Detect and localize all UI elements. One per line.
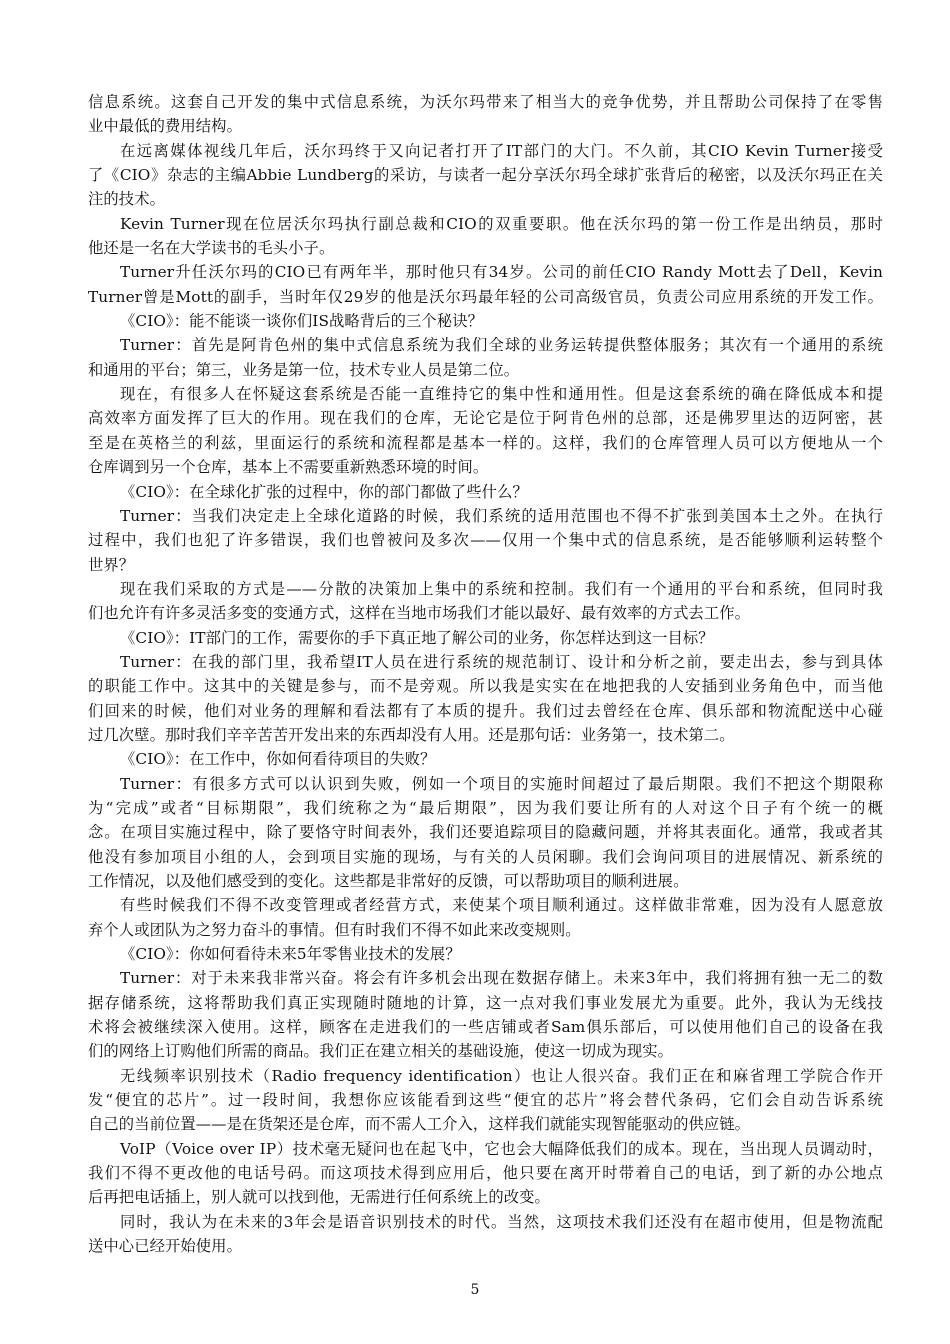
text-line: 据存储系统，这将帮助我们真正实现随时随地的计算，这一点对我们事业发展尤为重要。此… — [88, 991, 883, 1015]
text-line: 们也允许有许多灵活多变的变通方式，这样在当地市场我们才能以最好、最有效率的方式去… — [88, 601, 883, 625]
text-line: 的职能工作中。这其中的关键是参与，而不是旁观。所以我是实实在在地把我的人安插到业… — [88, 674, 883, 698]
text-line: 无线频率识别技术（Radio frequency identification）… — [88, 1064, 883, 1088]
text-line: 至是在英格兰的利兹，里面运行的系统和流程都是基本一样的。这样，我们的仓库管理人员… — [88, 431, 883, 455]
text-line: 们回来的时候，他们对业务的理解和看法都有了本质的提升。我们过去曾经在仓库、俱乐部… — [88, 699, 883, 723]
text-line: 过程中，我们也犯了许多错误，我们也曾被问及多次——仅用一个集中式的信息系统，是否… — [88, 528, 883, 552]
document-body: 信息系统。这套自己开发的集中式信息系统，为沃尔玛带来了相当大的竞争优势，并且帮助… — [88, 90, 883, 1259]
text-line: 仓库调到另一个仓库，基本上不需要重新熟悉环境的时间。 — [88, 455, 883, 479]
text-line: 和通用的平台；第三，业务是第一位，技术专业人员是第二位。 — [88, 358, 883, 382]
text-line: 现在我们采取的方式是——分散的决策加上集中的系统和控制。我们有一个通用的平台和系… — [88, 577, 883, 601]
text-line: Turner：首先是阿肯色州的集中式信息系统为我们全球的业务运转提供整体服务；其… — [88, 333, 883, 357]
text-line: 业中最低的费用结构。 — [88, 114, 883, 138]
text-line: 同时，我认为在未来的3年会是语音识别技术的时代。当然，这项技术我们还没有在超市使… — [88, 1210, 883, 1234]
text-line: 他没有参加项目小组的人，会到项目实施的现场，与有关的人员闲聊。我们会询问项目的进… — [88, 845, 883, 869]
text-line: 《CIO》：在工作中，你如何看待项目的失败？ — [88, 747, 883, 771]
text-line: Turner曾是Mott的副手，当时年仅29岁的他是沃尔玛最年轻的公司高级官员，… — [88, 285, 883, 309]
text-line: Turner：对于未来我非常兴奋。将会有许多机会出现在数据存储上。未来3年中，我… — [88, 966, 883, 990]
text-line: 我们不得不更改他的电话号码。而这项技术得到应用后，他只要在离开时带着自己的电话，… — [88, 1161, 883, 1185]
text-line: 弃个人或团队为之努力奋斗的事情。但有时我们不得不如此来改变规则。 — [88, 918, 883, 942]
text-line: Turner：有很多方式可以认识到失败，例如一个项目的实施时间超过了最后期限。我… — [88, 772, 883, 796]
text-line: 工作情况，以及他们感受到的变化。这些都是非常好的反馈，可以帮助项目的顺利进展。 — [88, 869, 883, 893]
text-line: 们的网络上订购他们所需的商品。我们正在建立相关的基础设施，使这一切成为现实。 — [88, 1039, 883, 1063]
text-line: VoIP（Voice over IP）技术毫无疑问也在起飞中，它也会大幅降低我们… — [88, 1137, 883, 1161]
text-line: Turner：当我们决定走上全球化道路的时候，我们系统的适用范围也不得不扩张到美… — [88, 504, 883, 528]
text-line: 信息系统。这套自己开发的集中式信息系统，为沃尔玛带来了相当大的竞争优势，并且帮助… — [88, 90, 883, 114]
text-line: 《CIO》：能不能谈一谈你们IS战略背后的三个秘诀？ — [88, 309, 883, 333]
text-line: 过几次壁。那时我们辛辛苦苦开发出来的东西却没有人用。还是那句话：业务第一，技术第… — [88, 723, 883, 747]
text-line: Turner：在我的部门里，我希望IT人员在进行系统的规范制订、设计和分析之前，… — [88, 650, 883, 674]
text-line: 《CIO》：IT部门的工作，需要你的手下真正地了解公司的业务，你怎样达到这一目标… — [88, 626, 883, 650]
text-line: 现在，有很多人在怀疑这套系统是否能一直维持它的集中性和通用性。但是这套系统的确在… — [88, 382, 883, 406]
text-line: 发“便宜的芯片”。过一段时间，我想你应该能看到这些“便宜的芯片”将会替代条码，它… — [88, 1088, 883, 1112]
text-line: Turner升任沃尔玛的CIO已有两年半，那时他只有34岁。公司的前任CIO R… — [88, 260, 883, 284]
text-line: 送中心已经开始使用。 — [88, 1234, 883, 1258]
text-line: 《CIO》：你如何看待未来5年零售业技术的发展？ — [88, 942, 883, 966]
text-line: 他还是一名在大学读书的毛头小子。 — [88, 236, 883, 260]
text-line: 术将会被继续深入使用。这样，顾客在走进我们的一些店铺或者Sam俱乐部后，可以使用… — [88, 1015, 883, 1039]
text-line: 为“完成”或者“目标期限”，我们统称之为“最后期限”，因为我们要让所有的人对这个… — [88, 796, 883, 820]
text-line: 自己的当前位置——是在货架还是仓库，而不需人工介入，这样我们就能实现智能驱动的供… — [88, 1112, 883, 1136]
text-line: 后再把电话插上，别人就可以找到他，无需进行任何系统上的改变。 — [88, 1185, 883, 1209]
text-line: 注的技术。 — [88, 187, 883, 211]
page-number: 5 — [0, 1282, 950, 1298]
text-line: 了《CIO》杂志的主编Abbie Lundberg的采访，与读者一起分享沃尔玛全… — [88, 163, 883, 187]
text-line: 高效率方面发挥了巨大的作用。现在我们的仓库，无论它是位于阿肯色州的总部，还是佛罗… — [88, 406, 883, 430]
text-line: 《CIO》：在全球化扩张的过程中，你的部门都做了些什么？ — [88, 480, 883, 504]
text-line: Kevin Turner现在位居沃尔玛执行副总裁和CIO的双重要职。他在沃尔玛的… — [88, 212, 883, 236]
text-line: 在远离媒体视线几年后，沃尔玛终于又向记者打开了IT部门的大门。不久前，其CIO … — [88, 139, 883, 163]
text-line: 有些时候我们不得不改变管理或者经营方式，来使某个项目顺利通过。这样做非常难，因为… — [88, 893, 883, 917]
text-line: 世界？ — [88, 553, 883, 577]
text-line: 念。在项目实施过程中，除了要恪守时间表外，我们还要追踪项目的隐藏问题，并将其表面… — [88, 820, 883, 844]
